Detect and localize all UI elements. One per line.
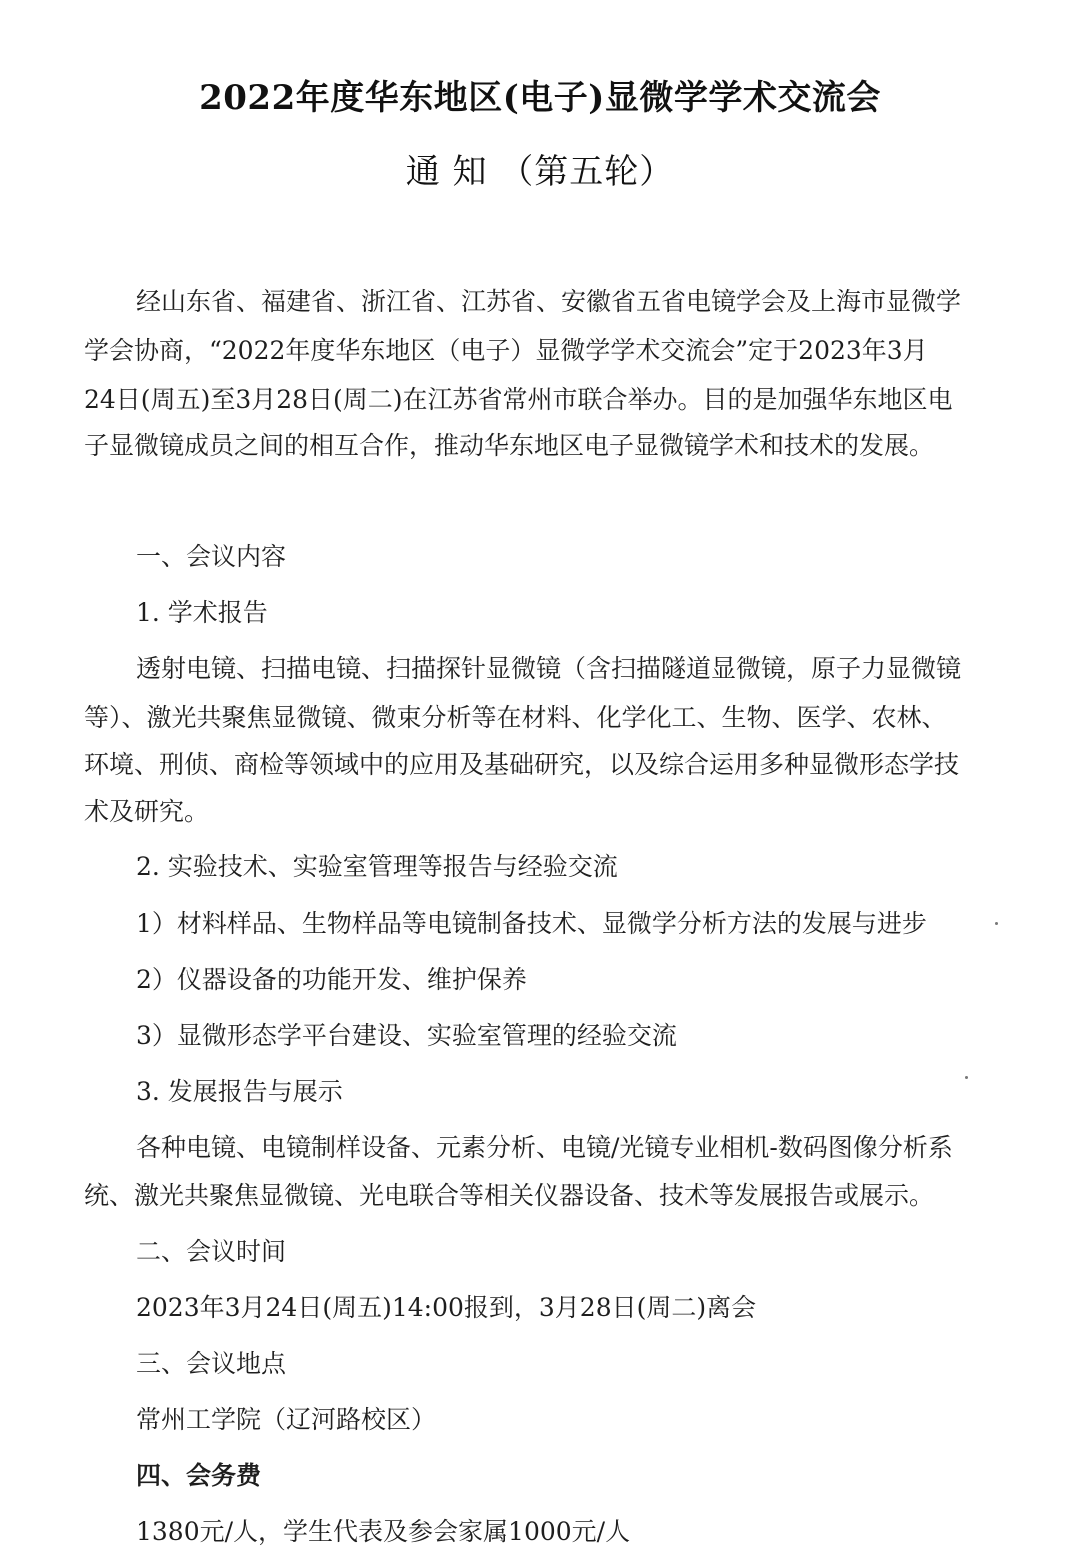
intro-line: 学会协商，“2022年度华东地区（电子）显微学学术交流会”定于2023年3月 <box>84 336 928 366</box>
meeting-time: 2023年3月24日(周五)14:00报到，3月28日(周二)离会 <box>136 1293 756 1323</box>
section-heading-time: 二、会议时间 <box>136 1237 286 1267</box>
sub-item: 2）仪器设备的功能开发、维护保养 <box>136 965 527 995</box>
section-heading-location: 三、会议地点 <box>136 1349 286 1379</box>
scan-speck <box>995 922 998 925</box>
intro-line: 经山东省、福建省、浙江省、江苏省、安徽省五省电镜学会及上海市显微学 <box>136 287 961 317</box>
item-heading-lab-tech: 2. 实验技术、实验室管理等报告与经验交流 <box>136 852 618 882</box>
section-heading-fee: 四、会务费 <box>136 1461 261 1491</box>
document-title: 2022年度华东地区(电子)显微学学术交流会 <box>0 78 1080 118</box>
scan-speck <box>965 1076 968 1079</box>
meeting-fee: 1380元/人，学生代表及参会家属1000元/人 <box>136 1517 630 1547</box>
intro-line: 24日(周五)至3月28日(周二)在江苏省常州市联合举办。目的是加强华东地区电 <box>84 385 953 415</box>
sub-item: 3）显微形态学平台建设、实验室管理的经验交流 <box>136 1021 677 1051</box>
paragraph-line: 透射电镜、扫描电镜、扫描探针显微镜（含扫描隧道显微镜，原子力显微镜 <box>136 654 961 684</box>
meeting-location: 常州工学院（辽河路校区） <box>136 1405 436 1435</box>
item-heading-development: 3. 发展报告与展示 <box>136 1077 343 1107</box>
sub-item: 1）材料样品、生物样品等电镜制备技术、显微学分析方法的发展与进步 <box>136 909 927 939</box>
paragraph-line: 环境、刑侦、商检等领域中的应用及基础研究，以及综合运用多种显微形态学技 <box>84 750 959 780</box>
paragraph-line: 各种电镜、电镜制样设备、元素分析、电镜/光镜专业相机-数码图像分析系 <box>136 1133 953 1163</box>
item-heading-academic-report: 1. 学术报告 <box>136 598 268 628</box>
paragraph-line: 术及研究。 <box>84 797 209 827</box>
section-heading-content: 一、会议内容 <box>136 542 286 572</box>
paragraph-line: 统、激光共聚焦显微镜、光电联合等相关仪器设备、技术等发展报告或展示。 <box>84 1181 934 1211</box>
intro-line: 子显微镜成员之间的相互合作，推动华东地区电子显微镜学术和技术的发展。 <box>84 431 934 461</box>
document-subtitle: 通 知 （第五轮） <box>0 152 1080 192</box>
paragraph-line: 等）、激光共聚焦显微镜、微束分析等在材料、化学化工、生物、医学、农林、 <box>84 703 947 733</box>
